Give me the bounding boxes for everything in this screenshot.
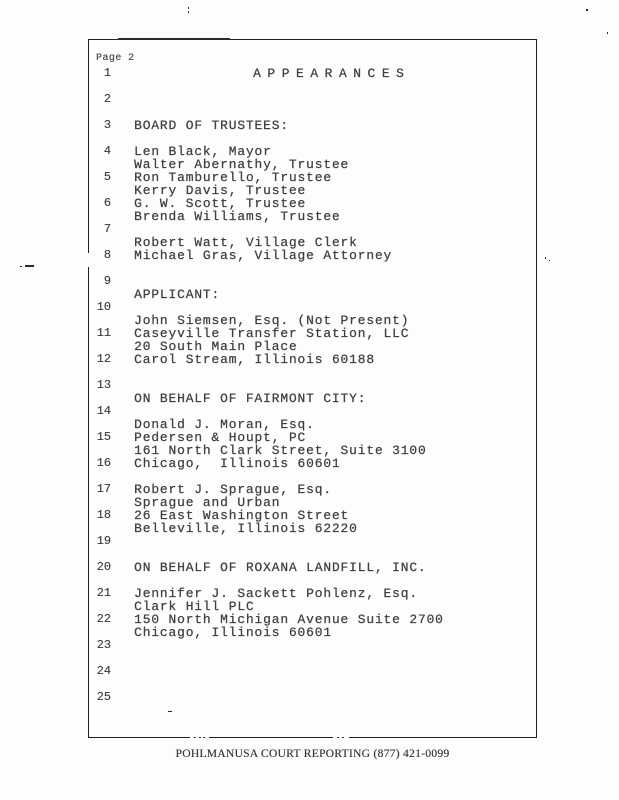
scan-gap [87, 253, 90, 267]
transcript-row: 19 [89, 535, 536, 548]
line-number: 20 [93, 561, 111, 574]
line-number: 21 [93, 587, 111, 600]
line-number: 10 [93, 301, 111, 314]
line-number: 17 [93, 483, 111, 496]
line-text: Brenda Williams, Trustee [134, 210, 340, 223]
line-number: 16 [93, 457, 111, 470]
line-number: 9 [93, 275, 111, 288]
line-text: Carol Stream, Illinois 60188 [134, 353, 375, 366]
line-number: 18 [93, 509, 111, 522]
line-text: Belleville, Illinois 62220 [134, 522, 358, 535]
scan-artifact [199, 737, 201, 738]
scan-artifact [607, 32, 608, 34]
line-text: Chicago, Illinois 60601 [134, 626, 332, 639]
line-text: ON BEHALF OF ROXANA LANDFILL, INC. [134, 561, 426, 574]
transcript-row [89, 80, 536, 93]
transcript-row: 23 [89, 639, 536, 652]
transcript-row: 1A P P E A R A N C E S [89, 67, 536, 80]
scan-artifact [194, 737, 196, 738]
transcript-row: 25 [89, 691, 536, 704]
line-number: 23 [93, 639, 111, 652]
line-text: ON BEHALF OF FAIRMONT CITY: [134, 392, 366, 405]
transcript-row: 2 [89, 93, 536, 106]
scan-artifact [203, 737, 205, 738]
line-text: A P P E A R A N C E S [253, 67, 403, 80]
transcript-lines: 1A P P E A R A N C E S23BOARD OF TRUSTEE… [89, 67, 536, 704]
page-border-box: Page 2 1A P P E A R A N C E S23BOARD OF … [88, 39, 537, 738]
transcript-row: 12Carol Stream, Illinois 60188 [89, 353, 536, 366]
bottom-border-segment [349, 737, 537, 738]
line-number: 25 [93, 691, 111, 704]
line-number: 14 [93, 405, 111, 418]
transcript-row: Belleville, Illinois 62220 [89, 522, 536, 535]
transcript-row [89, 678, 536, 691]
line-text: APPLICANT: [134, 288, 220, 301]
scan-artifact [20, 266, 22, 267]
scan-artifact [168, 711, 172, 712]
transcript-row: ON BEHALF OF FAIRMONT CITY: [89, 392, 536, 405]
line-text: BOARD OF TRUSTEES: [134, 119, 289, 132]
bottom-border-segment [209, 737, 333, 738]
line-text: Michael Gras, Village Attorney [134, 249, 392, 262]
scan-artifact [545, 257, 546, 259]
bottom-border-segment [88, 737, 190, 738]
transcript-row [89, 366, 536, 379]
line-number: 22 [93, 613, 111, 626]
scan-artifact [188, 7, 189, 9]
line-text: Chicago, Illinois 60601 [134, 457, 340, 470]
scan-artifact [549, 260, 550, 261]
transcript-row: 24 [89, 665, 536, 678]
line-number: 19 [93, 535, 111, 548]
court-reporter-footer: POHLMANUSA COURT REPORTING (877) 421-009… [88, 748, 537, 760]
line-number: 1 [93, 67, 111, 80]
transcript-row [89, 652, 536, 665]
line-number: 3 [93, 119, 111, 132]
line-number: 7 [93, 223, 111, 236]
line-number: 11 [93, 327, 111, 340]
transcript-row: 8Michael Gras, Village Attorney [89, 249, 536, 262]
line-number: 13 [93, 379, 111, 392]
scan-artifact [342, 737, 344, 738]
transcript-row [89, 262, 536, 275]
transcript-row: 20ON BEHALF OF ROXANA LANDFILL, INC. [89, 561, 536, 574]
scan-artifact [188, 11, 189, 13]
line-number: 24 [93, 665, 111, 678]
transcript-row: 3BOARD OF TRUSTEES: [89, 119, 536, 132]
line-number: 2 [93, 93, 111, 106]
line-number: 12 [93, 353, 111, 366]
transcript-row: Chicago, Illinois 60601 [89, 626, 536, 639]
scan-artifact [586, 9, 588, 11]
transcript-row: Brenda Williams, Trustee [89, 210, 536, 223]
line-number: 5 [93, 171, 111, 184]
scan-artifact [25, 265, 34, 267]
page-number-label: Page 2 [96, 53, 134, 64]
transcript-row: APPLICANT: [89, 288, 536, 301]
line-number: 8 [93, 249, 111, 262]
line-number: 4 [93, 145, 111, 158]
scan-artifact [337, 737, 339, 738]
line-number: 6 [93, 197, 111, 210]
line-number: 15 [93, 431, 111, 444]
scan-artifact [118, 38, 230, 40]
transcript-row: 16Chicago, Illinois 60601 [89, 457, 536, 470]
